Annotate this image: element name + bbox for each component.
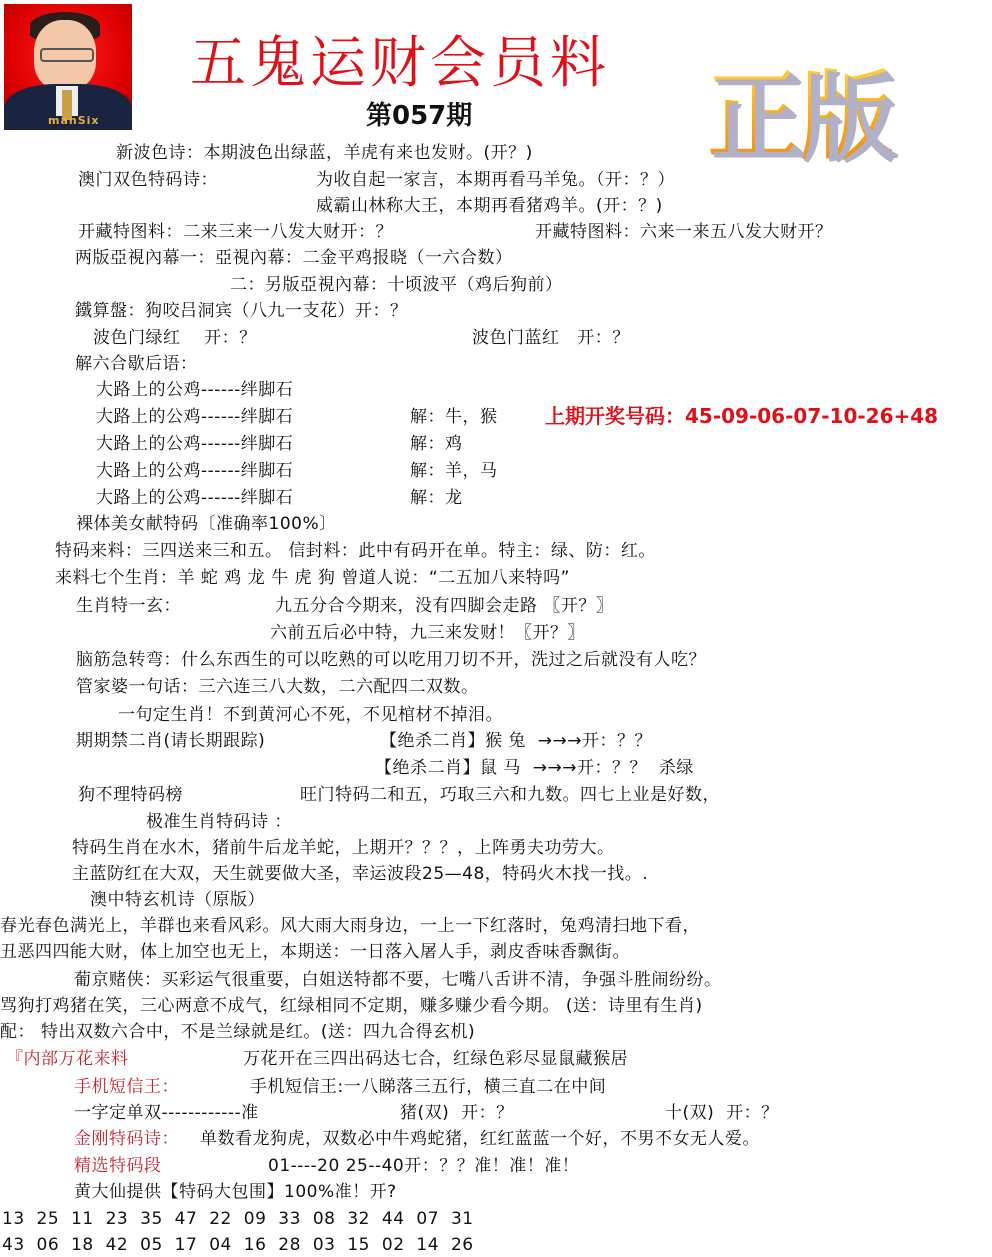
last-draw-numbers: 上期开奖号码：45-09-06-07-10-26+48 (545, 404, 938, 428)
riddle-question: 大路上的公鸡------绊脚石 (96, 461, 293, 481)
brain-teaser: 脑筋急转弯：什么东西生的可以吃熟的可以吃用刀切不开，洗过之后就没有人吃？ (76, 650, 706, 670)
sms-king-text: 手机短信王:一八睇落三五行，横三直二在中间 (250, 1077, 606, 1097)
casino-knight-poem: 葡京赌侠：买彩运气很重要，白姐送特都不要，七嘴八舌讲不清，争强斗胜闹纷纷。 (74, 970, 722, 990)
precise-zodiac-poem-2: 主蓝防红在大双，天生就要做大圣，幸运波段25—48，特码火木找一找。. (72, 864, 648, 884)
riddle-question: 大路上的公鸡------绊脚石 (96, 407, 293, 427)
dog-special-chart-label: 狗不理特码榜 (78, 785, 183, 805)
wave-color-poem: 新波色诗：本期波色出绿蓝，羊虎有来也发财。(开？) (116, 143, 533, 163)
seven-zodiac-line: 来料七个生肖：羊 蛇 鸡 龙 牛 虎 狗 曾道人说：“二五加八来特吗” (55, 568, 570, 588)
zodiac-mystery-line1: 九五分合今期来，没有四脚会走路 〖开？〗 (275, 596, 613, 616)
wong-tai-sin-line: 黄大仙提供【特码大包围】100%准！开? (74, 1182, 397, 1202)
kill-zodiac-2: 【绝杀二肖】鼠 马 →→→开：？？ 杀绿 (375, 758, 694, 778)
authentic-stamp: 正版 (708, 62, 892, 172)
accuracy-line: 裸体美女献特码〔准确率100%〕 (76, 514, 337, 534)
riddle-answer: 解：牛，猴 (410, 407, 498, 427)
riddle-question: 大路上的公鸡------绊脚石 (96, 488, 293, 508)
hidden-chart-left: 开藏特图料：二来三来一八发大财开：？ (78, 222, 393, 242)
mystery-poem-1: 春光春色满光上，羊群也来看风彩。风大雨大雨身边，一上一下红落时，兔鸡清扫地下看， (0, 916, 700, 936)
odd-even-label: 一字定单双------------准 (74, 1103, 259, 1123)
banned-zodiac-label: 期期禁二肖(请长期跟踪) (76, 731, 265, 751)
selected-range-label: 精选特码段 (74, 1156, 162, 1176)
internal-flower-label: 『内部万花来料 (6, 1049, 129, 1069)
precise-zodiac-poem-label: 极准生肖特码诗 ： (146, 812, 292, 832)
riddle-answer: 解：鸡 (410, 434, 463, 454)
internal-flower-text: 万花开在三四出码达七合，红绿色彩尽显鼠藏猴居 (243, 1049, 628, 1069)
riddle-heading: 解六合歇后语： (75, 354, 198, 374)
zodiac-mystery-label: 生肖特一玄： (76, 596, 181, 616)
sms-king-label: 手机短信王： (74, 1077, 179, 1097)
wave-door-green-red: 波色门绿红 开：？ (93, 328, 257, 348)
page-title: 五鬼运财会员料 (190, 32, 610, 96)
riddle-question: 大路上的公鸡------绊脚石 (96, 434, 293, 454)
one-line-zodiac: 一句定生肖！不到黄河心不死，不见棺材不掉泪。 (118, 705, 503, 725)
kill-zodiac-1: 【绝杀二肖】猴 兔 →→→开：？？ (380, 731, 652, 751)
hidden-chart-right: 开藏特图料：六来一来五八发大财开？ (535, 222, 833, 242)
wave-door-blue-red: 波色门蓝红 开：？ (472, 328, 630, 348)
portrait-glasses (40, 48, 94, 62)
riddle-question: 大路上的公鸡------绊脚石 (96, 380, 293, 400)
number-row-1: 13 25 11 23 35 47 22 09 33 08 32 44 07 3… (2, 1209, 474, 1229)
selected-range-text: 01----20 25--40开：？？准！准！准！ (268, 1156, 579, 1176)
housekeeper-saying: 管家婆一句话：三六连三八大数，二六配四二双数。 (76, 677, 479, 697)
zodiac-mystery-line2: 六前五后必中特，九三来发财！〖开？〗 (270, 623, 585, 643)
portrait-image: manSix (4, 4, 132, 130)
number-row-2: 43 06 18 42 05 17 04 16 28 03 15 02 14 2… (2, 1235, 474, 1255)
issue-number: 第057期 (366, 100, 472, 132)
diamond-poem-label: 金刚特码诗： (74, 1129, 179, 1149)
odd-even-ten: 十(双) 开：？ (665, 1103, 779, 1123)
diamond-poem-text: 单数看龙狗虎，双数必中牛鸡蛇猪，红红蓝蓝一个好，不男不女无人爱。 (200, 1129, 760, 1149)
dog-special-chart-text: 旺门特码二和五，巧取三六和九数。四七上业是好数， (300, 785, 720, 805)
macau-poem-line2: 威霸山林称大王，本期再看猪鸡羊。(开：？) (316, 196, 663, 216)
mystery-poem-2: 丑恶四四能大财，体上加空也无上，本期送：一日落入屠人手，剥皮香味香飘街。 (0, 942, 630, 962)
precise-zodiac-poem-1: 特码生肖在水木，猪前牛后龙羊蛇，上期开？？？，上阵勇夫功劳大。 (72, 838, 615, 858)
scold-dog-poem: 骂狗打鸡猪在笑，三心两意不成气，红绿相同不定期，赚多赚少看今期。 (送：诗里有生… (0, 996, 703, 1016)
atv-inside-one: 两版亞視內幕一：亞視內幕：二金平鸡报晓（一六合数） (75, 248, 513, 268)
riddle-answer: 解：龙 (410, 488, 463, 508)
iron-abacus: 鐵算盤：狗咬吕洞宾（八九一支花）开：？ (75, 301, 408, 321)
match-line: 配： 特出双数六合中，不是兰绿就是红。(送：四九合得玄机) (0, 1022, 475, 1042)
macau-poem-line1: 为收自起一家言，本期再看马羊兔。（开：？） (316, 170, 675, 190)
special-code-source: 特码来料：三四送来三和五。 信封料：此中有码开在单。特主：绿、防：红。 (55, 541, 656, 561)
riddle-answer: 解：羊，马 (410, 461, 498, 481)
portrait-brand: manSix (48, 114, 100, 127)
atv-inside-two: 二：另版亞視內幕：十顷波平（鸡后狗前） (230, 275, 563, 295)
odd-even-pig: 猪(双) 开：？ (400, 1103, 514, 1123)
macau-poem-label: 澳门双色特码诗： (78, 170, 218, 190)
macau-mystery-poem-label: 澳中特玄机诗（原版） (90, 890, 265, 910)
